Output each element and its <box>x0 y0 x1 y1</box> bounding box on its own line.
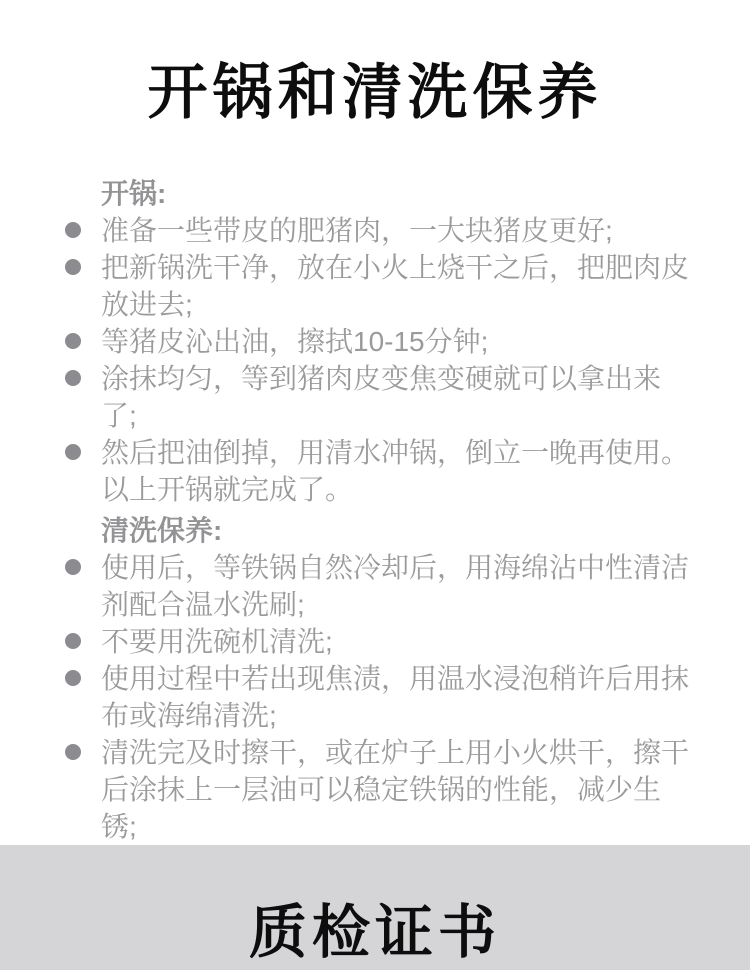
list-item-text: 等猪皮沁出油，擦拭10-15分钟; <box>101 326 488 357</box>
care-instructions: 开锅: 准备一些带皮的肥猪肉，一大块猪皮更好; 把新锅洗干净，放在小火上烧干之后… <box>101 175 691 882</box>
list-item-text: 清洗完及时擦干，或在炉子上用小火烘干，擦干后涂抹上一层油可以稳定铁锅的性能，减少… <box>101 737 689 842</box>
page-title: 开锅和清洗保养 <box>0 60 750 125</box>
list-item: 准备一些带皮的肥猪肉，一大块猪皮更好; <box>101 212 691 249</box>
next-section-band: 质检证书 <box>0 845 750 970</box>
section-heading-seasoning: 开锅: <box>101 175 691 212</box>
list-item-text: 把新锅洗干净，放在小火上烧干之后，把肥肉皮放进去; <box>101 252 689 320</box>
bullet-icon <box>65 670 81 686</box>
bullet-icon <box>65 222 81 238</box>
bullet-icon <box>65 333 81 349</box>
list-item: 使用过程中若出现焦渍，用温水浸泡稍许后用抹布或海绵清洗; <box>101 660 691 734</box>
list-item: 等猪皮沁出油，擦拭10-15分钟; <box>101 323 691 360</box>
bullet-icon <box>65 744 81 760</box>
list-item-text: 涂抹均匀，等到猪肉皮变焦变硬就可以拿出来了; <box>101 363 661 431</box>
section-cleaning: 清洗保养: 使用后，等铁锅自然冷却后，用海绵沾中性清洁剂配合温水洗刷; 不要用洗… <box>101 512 691 882</box>
list-item-text: 准备一些带皮的肥猪肉，一大块猪皮更好; <box>101 215 613 246</box>
list-item: 然后把油倒掉，用清水冲锅，倒立一晚再使用。以上开锅就完成了。 <box>101 434 691 508</box>
list-item: 不要用洗碗机清洗; <box>101 623 691 660</box>
next-section-title: 质检证书 <box>0 901 750 965</box>
seasoning-steps-list: 准备一些带皮的肥猪肉，一大块猪皮更好; 把新锅洗干净，放在小火上烧干之后，把肥肉… <box>101 212 691 508</box>
list-item: 使用后，等铁锅自然冷却后，用海绵沾中性清洁剂配合温水洗刷; <box>101 549 691 623</box>
list-item: 把新锅洗干净，放在小火上烧干之后，把肥肉皮放进去; <box>101 249 691 323</box>
bullet-icon <box>65 444 81 460</box>
list-item-text: 然后把油倒掉，用清水冲锅，倒立一晚再使用。以上开锅就完成了。 <box>101 437 689 505</box>
section-heading-cleaning: 清洗保养: <box>101 512 691 549</box>
bullet-icon <box>65 633 81 649</box>
bullet-icon <box>65 259 81 275</box>
list-item: 清洗完及时擦干，或在炉子上用小火烘干，擦干后涂抹上一层油可以稳定铁锅的性能，减少… <box>101 734 691 845</box>
list-item: 涂抹均匀，等到猪肉皮变焦变硬就可以拿出来了; <box>101 360 691 434</box>
bullet-icon <box>65 370 81 386</box>
list-item-text: 使用后，等铁锅自然冷却后，用海绵沾中性清洁剂配合温水洗刷; <box>101 552 689 620</box>
list-item-text: 使用过程中若出现焦渍，用温水浸泡稍许后用抹布或海绵清洗; <box>101 663 689 731</box>
product-care-page: 开锅和清洗保养 开锅: 准备一些带皮的肥猪肉，一大块猪皮更好; 把新锅洗干净，放… <box>0 0 750 970</box>
bullet-icon <box>65 559 81 575</box>
section-seasoning: 开锅: 准备一些带皮的肥猪肉，一大块猪皮更好; 把新锅洗干净，放在小火上烧干之后… <box>101 175 691 508</box>
cleaning-steps-list: 使用后，等铁锅自然冷却后，用海绵沾中性清洁剂配合温水洗刷; 不要用洗碗机清洗; … <box>101 549 691 882</box>
list-item-text: 不要用洗碗机清洗; <box>101 626 333 657</box>
